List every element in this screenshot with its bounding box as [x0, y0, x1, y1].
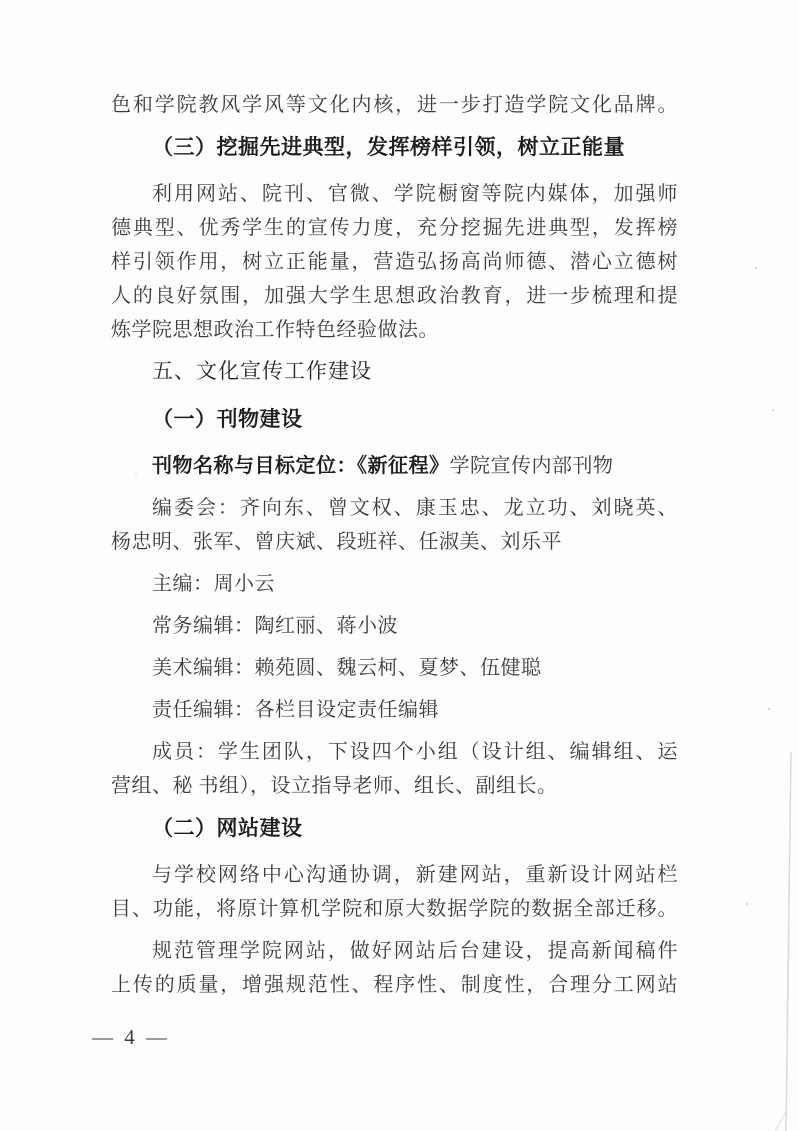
para-media-promotion: 利用网站、院刊、官微、学院橱窗等院内媒体，加强师德典型、优秀学生的宣传力度，充分…	[111, 177, 678, 347]
para-website-rebuild: 与学校网络中心沟通协调，新建网站，重新设计网站栏目、功能，将原计算机学院和原大数…	[111, 858, 678, 926]
text-segment: 学院宣传内部刊物	[450, 455, 614, 477]
text-line: 与学校网络中心沟通协调，新建网站，重新设计网站栏	[111, 858, 678, 892]
text-line: 刊物名称与目标定位：《新征程》学院宣传内部刊物	[111, 449, 678, 483]
text-line: 责任编辑：各栏目设定责任编辑	[111, 693, 678, 727]
text-line: 营组、秘 书组），设立指导老师、组长、副组长。	[111, 769, 678, 803]
text-line: 炼学院思想政治工作特色经验做法。	[111, 313, 678, 347]
text-line: 德典型、优秀学生的宣传力度，充分挖掘先进典型，发挥榜	[111, 211, 678, 245]
para-art-editors: 美术编辑：赖苑圆、魏云柯、夏梦、伍健聪	[111, 651, 678, 685]
scan-speck	[768, 708, 770, 710]
para-website-management: 规范管理学院网站，做好网站后台建设，提高新闻稿件上传的质量，增强规范性、程序性、…	[111, 934, 678, 1002]
para-chief-editor: 主编：周小云	[111, 567, 678, 601]
text-line: 上传的质量，增强规范性、程序性、制度性，合理分工网站	[111, 968, 678, 1002]
text-line: 常务编辑：陶红丽、蒋小波	[111, 609, 678, 643]
text-line: 规范管理学院网站，做好网站后台建设，提高新闻稿件	[111, 934, 678, 968]
heading-chapter-5: 五、文化宣传工作建设	[111, 355, 678, 389]
bold-text-segment: 刊物名称与目标定位：《新征程》	[152, 455, 450, 477]
text-line: 五、文化宣传工作建设	[111, 355, 678, 389]
text-line: 目、功能，将原计算机学院和原大数据学院的数据全部迁移。	[111, 892, 678, 926]
document-content: 色和学院教风学风等文化内核，进一步打造学院文化品牌。（三）挖掘先进典型，发挥榜样…	[111, 88, 678, 1010]
text-line: （三）挖掘先进典型，发挥榜样引领，树立正能量	[111, 130, 678, 164]
text-line: 杨忠明、张军、曾庆斌、段班祥、任淑美、刘乐平	[111, 525, 678, 559]
para-responsible-editors: 责任编辑：各栏目设定责任编辑	[111, 693, 678, 727]
para-managing-editors: 常务编辑：陶红丽、蒋小波	[111, 609, 678, 643]
text-line: 主编：周小云	[111, 567, 678, 601]
text-line: （一）刊物建设	[111, 402, 678, 436]
text-line: 编委会：齐向东、曾文权、康玉忠、龙立功、刘晓英、	[111, 491, 678, 525]
text-line: 人的良好氛围，加强大学生思想政治教育，进一步梳理和提	[111, 279, 678, 313]
text-line: 色和学院教风学风等文化内核，进一步打造学院文化品牌。	[111, 88, 678, 122]
heading-section-1: （一）刊物建设	[111, 402, 678, 436]
heading-section-2: （二）网站建设	[111, 811, 678, 845]
text-line: 利用网站、院刊、官微、学院橱窗等院内媒体，加强师	[111, 177, 678, 211]
scan-speck	[755, 267, 757, 269]
text-line: 美术编辑：赖苑圆、魏云柯、夏梦、伍健聪	[111, 651, 678, 685]
scan-speck	[772, 409, 774, 411]
text-line: 成员：学生团队，下设四个小组（设计组、编辑组、运	[111, 735, 678, 769]
scan-speck	[746, 903, 748, 905]
text-line: 样引领作用，树立正能量，营造弘扬高尚师德、潜心立德树	[111, 245, 678, 279]
page-number: — 4 —	[92, 1022, 170, 1052]
para-journal-title: 刊物名称与目标定位：《新征程》学院宣传内部刊物	[111, 449, 678, 483]
para-members: 成员：学生团队，下设四个小组（设计组、编辑组、运营组、秘 书组），设立指导老师、…	[111, 735, 678, 803]
para-editorial-board: 编委会：齐向东、曾文权、康玉忠、龙立功、刘晓英、杨忠明、张军、曾庆斌、段班祥、任…	[111, 491, 678, 559]
text-line: （二）网站建设	[111, 811, 678, 845]
para-culture-brand-continuation: 色和学院教风学风等文化内核，进一步打造学院文化品牌。	[111, 88, 678, 122]
scanned-document-page: 色和学院教风学风等文化内核，进一步打造学院文化品牌。（三）挖掘先进典型，发挥榜样…	[0, 0, 799, 1131]
heading-section-3: （三）挖掘先进典型，发挥榜样引领，树立正能量	[111, 130, 678, 164]
